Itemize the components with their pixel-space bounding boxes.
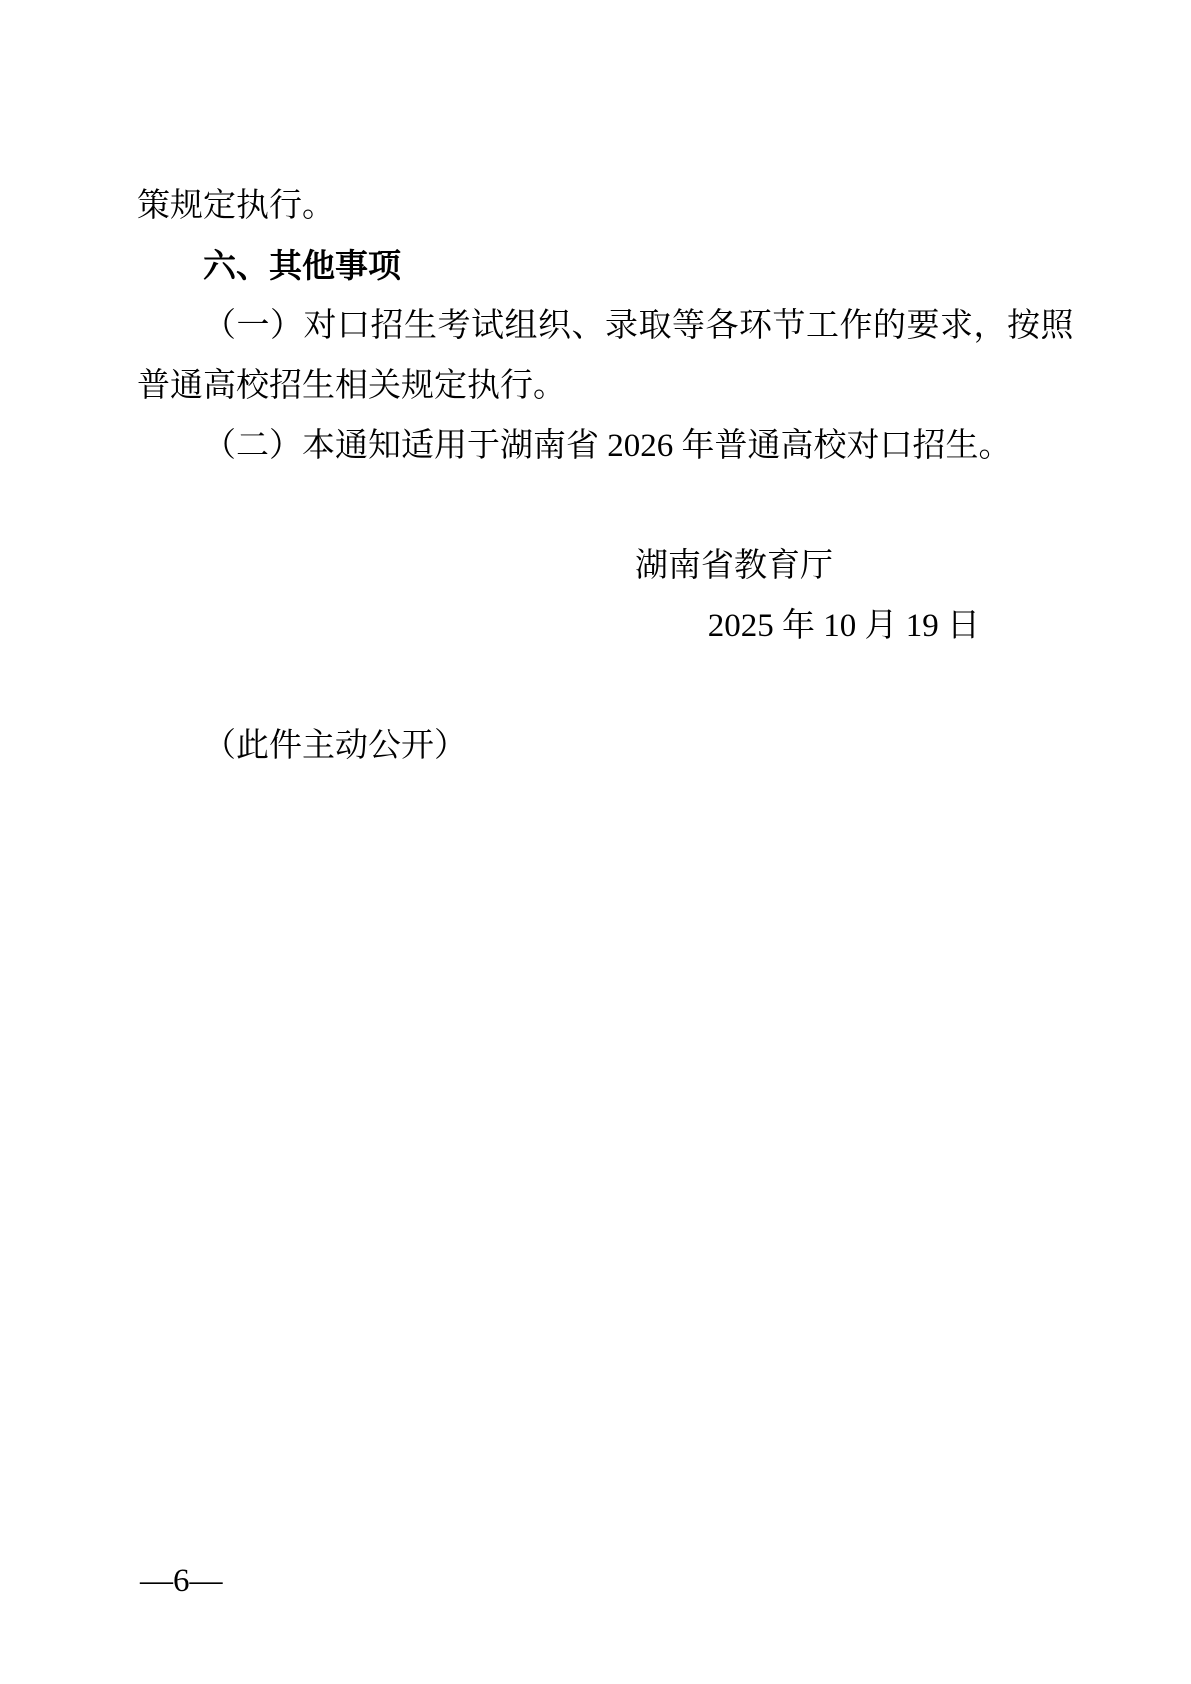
paragraph-1-line-1: （一）对口招生考试组织、录取等各环节工作的要求，按照 [137,296,1047,356]
signature-organization: 湖南省教育厅 [137,536,1047,596]
page-number: —6— [140,1559,223,1603]
document-page: 策规定执行。 六、其他事项 （一）对口招生考试组织、录取等各环节工作的要求，按照… [0,0,1191,1684]
paragraph-2: （二）本通知适用于湖南省 2026 年普通高校对口招生。 [137,416,1047,476]
paragraph-continuation: 策规定执行。 [137,176,1047,236]
document-text-block: 策规定执行。 六、其他事项 （一）对口招生考试组织、录取等各环节工作的要求，按照… [137,176,1047,776]
section-heading: 六、其他事项 [137,236,1047,296]
signature-date: 2025 年 10 月 19 日 [137,596,1047,656]
paragraph-1-line-2: 普通高校招生相关规定执行。 [137,356,1047,416]
disclosure-note: （此件主动公开） [137,716,1047,776]
